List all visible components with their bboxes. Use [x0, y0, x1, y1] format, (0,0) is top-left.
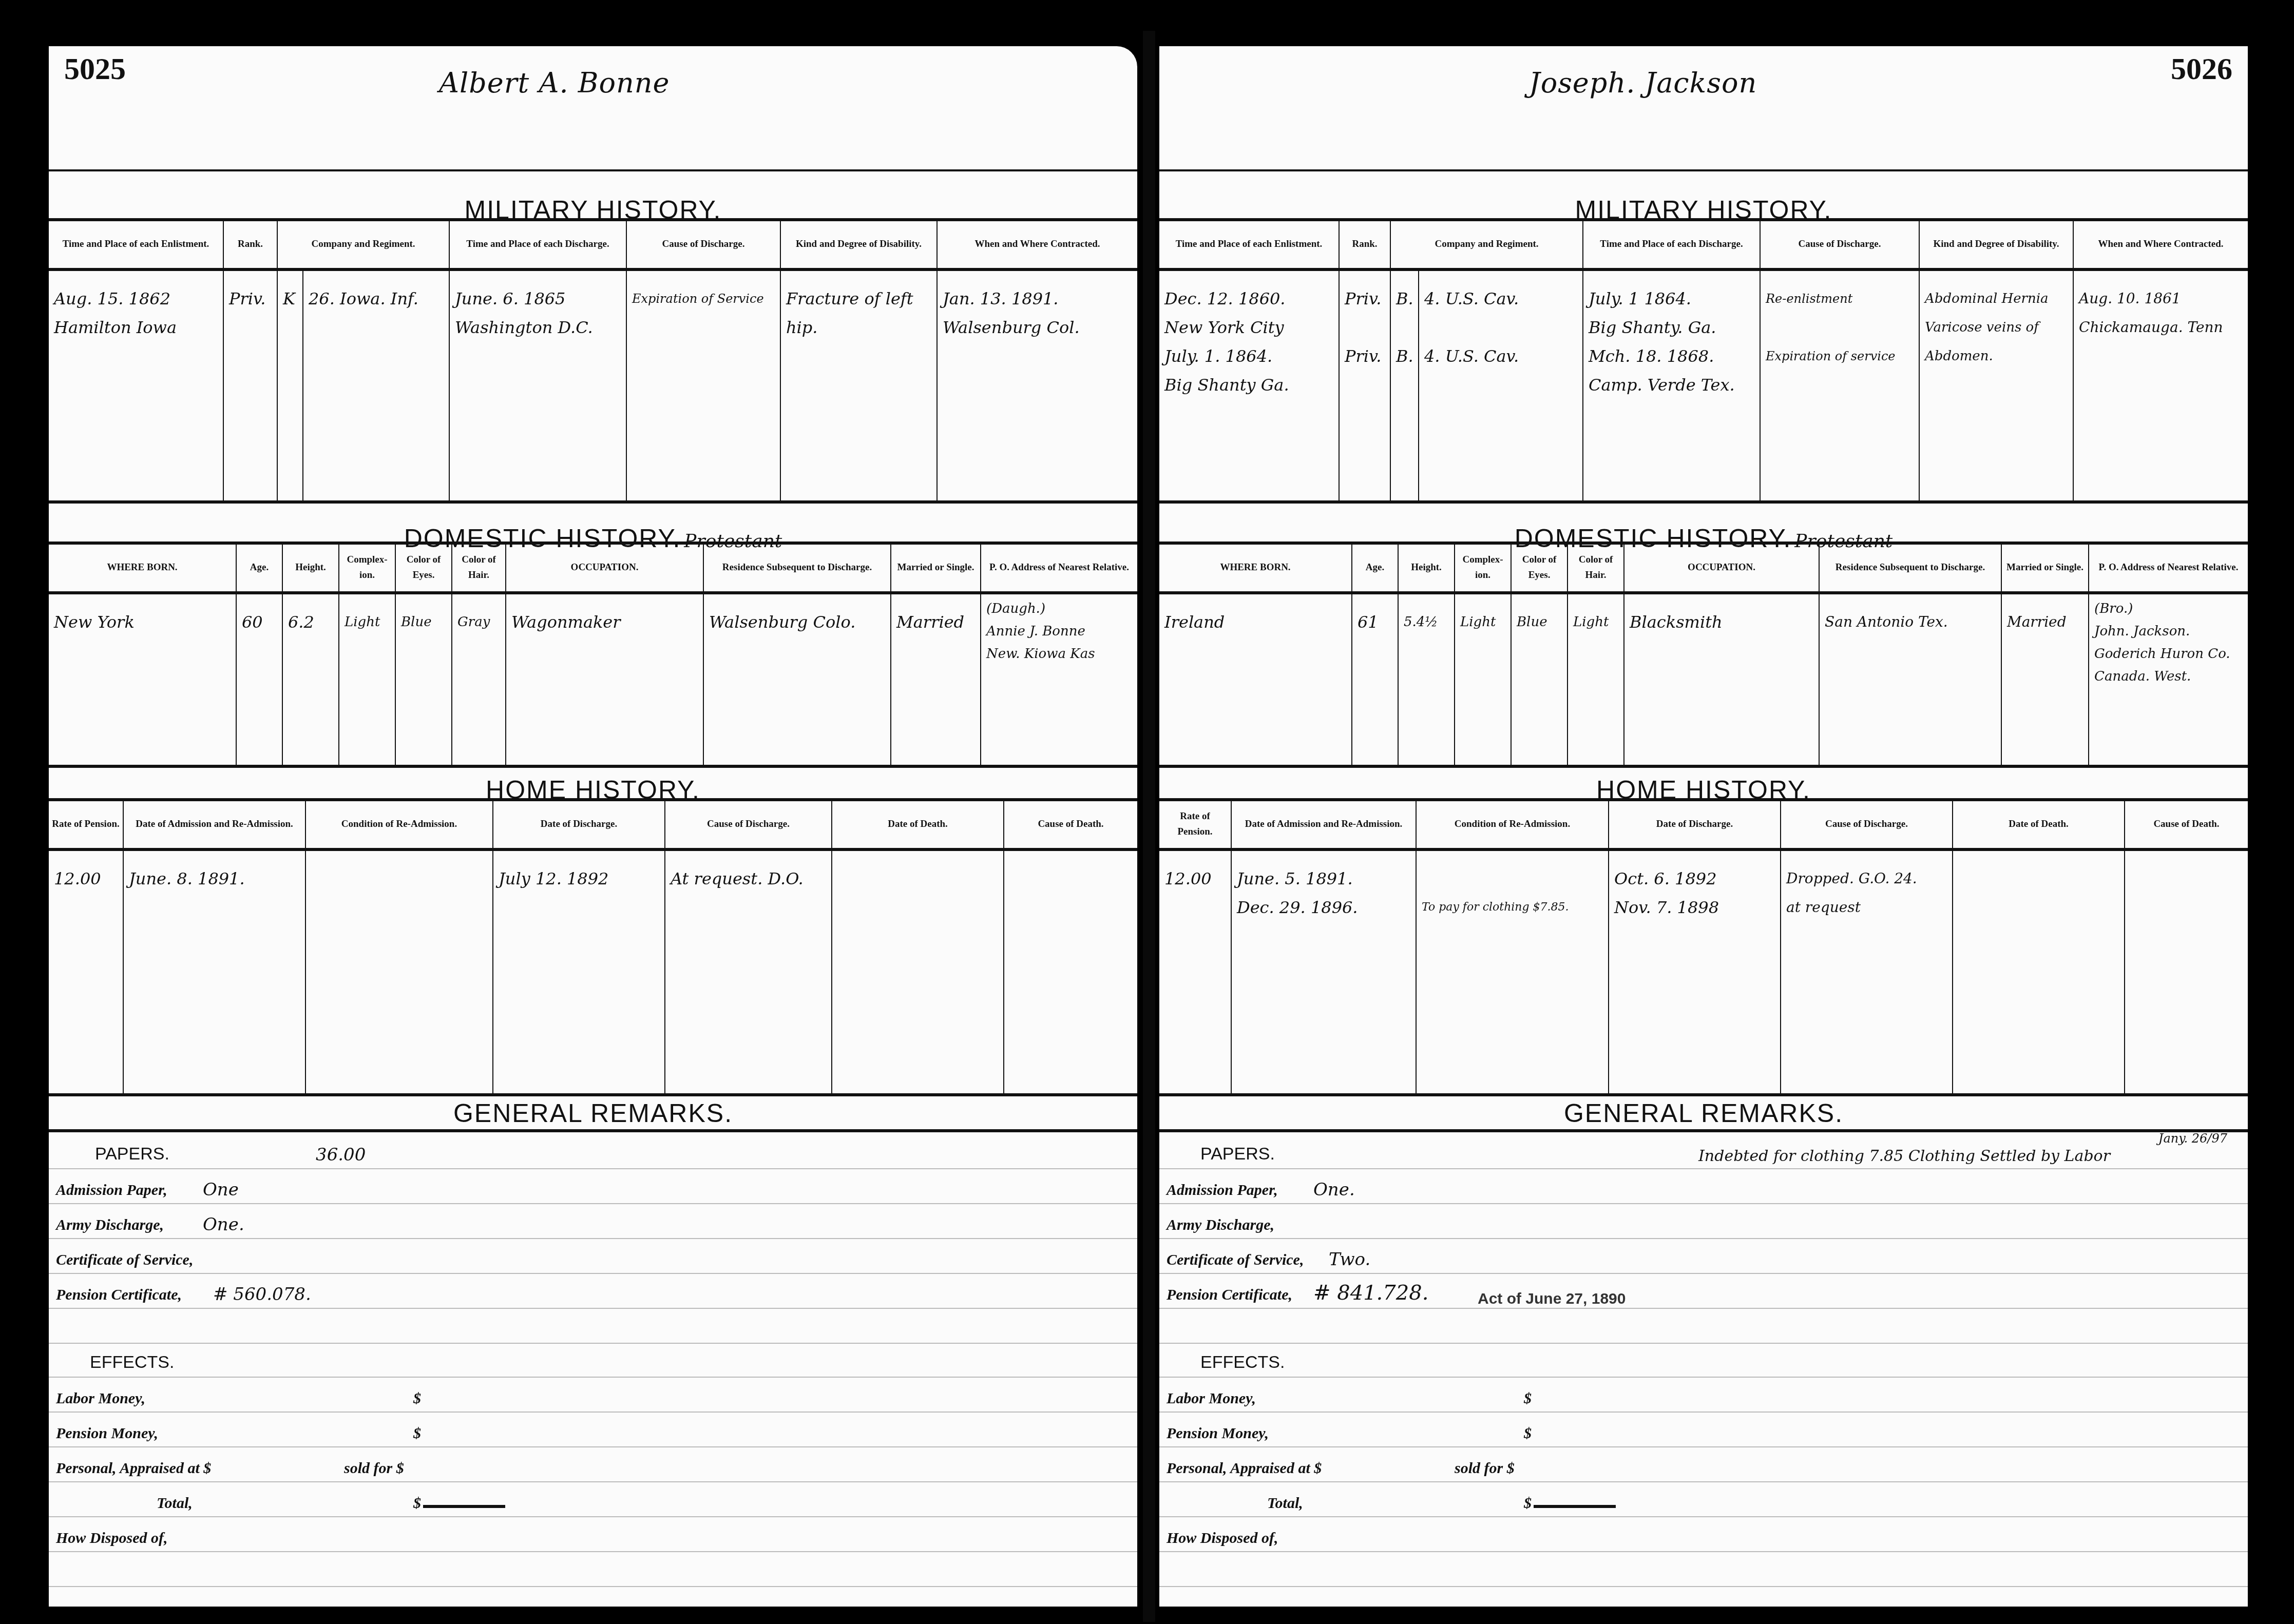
- col-header: Time and Place of each Enlistment.: [49, 221, 223, 269]
- certificate-of-service-value: Two.: [1329, 1249, 1370, 1270]
- col-header: Age.: [236, 544, 282, 593]
- pension-certificate-label: Pension Certificate,: [1167, 1286, 1292, 1304]
- col-header: Company and Regiment.: [277, 221, 449, 269]
- col-header: WHERE BORN.: [49, 544, 236, 593]
- discharge-cell: July. 1 1864. Big Shanty. Ga. Mch. 18. 1…: [1583, 269, 1760, 500]
- effects-line: EFFECTS.: [1159, 1344, 2248, 1378]
- col-header: Kind and Degree of Disability.: [780, 221, 937, 269]
- col-header: Cause of Discharge.: [1781, 801, 1953, 849]
- birthplace-cell: New York: [49, 593, 236, 765]
- col-header: Residence Subsequent to Discharge.: [703, 544, 891, 593]
- certificate-of-service-label: Certificate of Service,: [56, 1251, 193, 1269]
- general-remarks-title: GENERAL REMARKS.: [49, 1098, 1137, 1128]
- contracted-cell: Aug. 10. 1861 Chickamauga. Tenn: [2073, 269, 2248, 500]
- col-header: P. O. Address of Nearest Relative.: [2089, 544, 2248, 593]
- how-disposed-label: How Disposed of,: [1167, 1530, 1278, 1547]
- effects-line: EFFECTS.: [49, 1344, 1137, 1378]
- how-disposed-label: How Disposed of,: [56, 1530, 168, 1547]
- complexion-cell: Light: [339, 593, 395, 765]
- pension-certificate-line: Pension Certificate, # 841.728. Act of J…: [1159, 1274, 2248, 1309]
- residence-cell: San Antonio Tex.: [1819, 593, 2001, 765]
- page-number: 5025: [64, 51, 126, 87]
- army-discharge-line: Army Discharge,: [1159, 1204, 2248, 1239]
- page-number: 5026: [2171, 51, 2232, 87]
- col-header: Kind and Degree of Disability.: [1919, 221, 2073, 269]
- papers-label: PAPERS.: [95, 1144, 169, 1164]
- occupation-cell: Blacksmith: [1624, 593, 1819, 765]
- admission-date-cell: June. 5. 1891. Dec. 29. 1896.: [1231, 849, 1416, 1093]
- certificate-of-service-line: Certificate of Service, Two.: [1159, 1239, 2248, 1274]
- remark-text: Indebted for clothing 7.85 Clothing Sett…: [1698, 1147, 2110, 1165]
- disability-cell: Abdominal Hernia Varicose veins of Abdom…: [1919, 269, 2073, 500]
- total-line: Total, $: [49, 1482, 1137, 1517]
- pension-money-line: Pension Money, $: [49, 1413, 1137, 1447]
- dollar-sign: $: [413, 1495, 421, 1512]
- personal-effects-line: Personal, Appraised at $ sold for $: [49, 1447, 1137, 1482]
- labor-money-line: Labor Money, $: [1159, 1378, 2248, 1413]
- death-cause-cell: [2125, 849, 2248, 1093]
- total-underline: [1534, 1505, 1616, 1508]
- member-name: Albert A. Bonne: [439, 67, 670, 99]
- discharge-cause-cell: Re-enlistment Expiration of service: [1760, 269, 1919, 500]
- discharge-cause-cell: Expiration of Service: [626, 269, 780, 500]
- col-header: Rate of Pension.: [1159, 801, 1231, 849]
- general-remarks: PAPERS. Indebted for clothing 7.85 Cloth…: [1159, 1132, 2248, 1587]
- army-discharge-label: Army Discharge,: [56, 1216, 164, 1234]
- rank-cell: Priv.: [223, 269, 277, 500]
- col-header: Cause of Discharge.: [626, 221, 780, 269]
- discharge-cause-cell: At request. D.O.: [665, 849, 832, 1093]
- col-header: Color of Eyes.: [1511, 544, 1567, 593]
- col-header: Time and Place of each Enlistment.: [1159, 221, 1339, 269]
- header-rule: [1159, 169, 2248, 171]
- table-row: New York 60 6.2 Light Blue Gray Wagonmak…: [49, 593, 1137, 765]
- height-cell: 5.4½: [1398, 593, 1455, 765]
- col-header: OCCUPATION.: [1624, 544, 1819, 593]
- military-history-table: Time and Place of each Enlistment. Rank.…: [1159, 221, 2248, 500]
- col-header: Married or Single.: [891, 544, 981, 593]
- col-header: Date of Death.: [1953, 801, 2125, 849]
- left-page: 5025 Albert A. Bonne MILITARY HISTORY. T…: [49, 46, 1137, 1607]
- col-header: Residence Subsequent to Discharge.: [1819, 544, 2001, 593]
- labor-money-label: Labor Money,: [1167, 1390, 1256, 1407]
- admission-paper-line: Admission Paper, One.: [1159, 1169, 2248, 1204]
- rule: [1159, 500, 2248, 504]
- papers-label: PAPERS.: [1200, 1144, 1275, 1164]
- birthplace-cell: Ireland: [1159, 593, 1352, 765]
- col-header: Age.: [1352, 544, 1398, 593]
- total-amount: $: [1524, 1495, 1616, 1512]
- col-header: OCCUPATION.: [506, 544, 703, 593]
- domestic-history-table: WHERE BORN. Age. Height. Complex-ion. Co…: [49, 544, 1137, 765]
- blank-line: [1159, 1309, 2248, 1344]
- col-header: Complex-ion.: [339, 544, 395, 593]
- effects-label: EFFECTS.: [1200, 1352, 1285, 1372]
- col-header: Color of Hair.: [1567, 544, 1624, 593]
- admission-date-cell: June. 8. 1891.: [123, 849, 305, 1093]
- pension-money-label: Pension Money,: [56, 1425, 158, 1442]
- col-header: Date of Admission and Re-Admission.: [1231, 801, 1416, 849]
- rank-cell: Priv. Priv.: [1339, 269, 1390, 500]
- labor-money-line: Labor Money, $: [49, 1378, 1137, 1413]
- admission-paper-label: Admission Paper,: [56, 1182, 167, 1199]
- pension-certificate-label: Pension Certificate,: [56, 1286, 182, 1304]
- total-amount: $: [413, 1495, 505, 1512]
- table-row: 12.00 June. 8. 1891. July 12. 1892 At re…: [49, 849, 1137, 1093]
- table-row: Aug. 15. 1862 Hamilton Iowa Priv. K 26. …: [49, 269, 1137, 500]
- dollar-sign: $: [1524, 1390, 1532, 1407]
- col-header: Color of Eyes.: [395, 544, 452, 593]
- admission-paper-value: One: [203, 1180, 239, 1200]
- blank-line: [1159, 1552, 2248, 1587]
- papers-note: 36.00: [316, 1145, 366, 1165]
- total-line: Total, $: [1159, 1482, 2248, 1517]
- general-remarks: PAPERS. 36.00 Admission Paper, One Army …: [49, 1132, 1137, 1587]
- col-header: Married or Single.: [2001, 544, 2089, 593]
- total-underline: [423, 1505, 505, 1508]
- home-history-table: Rate of Pension. Date of Admission and R…: [49, 801, 1137, 1093]
- disability-cell: Fracture of left hip.: [780, 269, 937, 500]
- personal-appraised-label: Personal, Appraised at $: [1167, 1460, 1322, 1477]
- enlistment-cell: Aug. 15. 1862 Hamilton Iowa: [49, 269, 223, 500]
- col-header: Time and Place of each Discharge.: [1583, 221, 1760, 269]
- pension-certificate-value: # 560.078.: [213, 1284, 311, 1305]
- certificate-of-service-line: Certificate of Service,: [49, 1239, 1137, 1274]
- labor-money-label: Labor Money,: [56, 1390, 145, 1407]
- age-cell: 60: [236, 593, 282, 765]
- dollar-sign: $: [1524, 1425, 1532, 1442]
- pension-rate-cell: 12.00: [49, 849, 123, 1093]
- col-header: Cause of Death.: [2125, 801, 2248, 849]
- rule: [49, 1093, 1137, 1096]
- death-date-cell: [1953, 849, 2125, 1093]
- home-history-table: Rate of Pension. Date of Admission and R…: [1159, 801, 2248, 1093]
- pension-certificate-value: # 841.728.: [1313, 1281, 1428, 1305]
- admission-paper-line: Admission Paper, One: [49, 1169, 1137, 1204]
- age-cell: 61: [1352, 593, 1398, 765]
- how-disposed-line: How Disposed of,: [49, 1517, 1137, 1552]
- col-header: Height.: [1398, 544, 1455, 593]
- discharge-date-cell: Oct. 6. 1892 Nov. 7. 1898: [1609, 849, 1781, 1093]
- col-header: Date of Discharge.: [493, 801, 665, 849]
- height-cell: 6.2: [282, 593, 339, 765]
- col-header: Complex-ion.: [1455, 544, 1511, 593]
- right-page: 5026 Joseph. Jackson MILITARY HISTORY. T…: [1159, 46, 2248, 1607]
- table-row: 12.00 June. 5. 1891. Dec. 29. 1896. To p…: [1159, 849, 2248, 1093]
- hair-color-cell: Gray: [452, 593, 506, 765]
- col-header: Cause of Discharge.: [1760, 221, 1919, 269]
- army-discharge-value: One.: [203, 1214, 244, 1235]
- personal-effects-line: Personal, Appraised at $ sold for $: [1159, 1447, 2248, 1482]
- death-date-cell: [832, 849, 1004, 1093]
- nearest-relative-cell: (Bro.) John. Jackson. Goderich Huron Co.…: [2089, 593, 2248, 765]
- marital-status-cell: Married: [2001, 593, 2089, 765]
- pension-money-line: Pension Money, $: [1159, 1413, 2248, 1447]
- marital-status-cell: Married: [891, 593, 981, 765]
- army-discharge-label: Army Discharge,: [1167, 1216, 1274, 1234]
- header-rule: [49, 169, 1137, 171]
- company-cell: B. B.: [1390, 269, 1419, 500]
- enlistment-cell: Dec. 12. 1860. New York City July. 1. 18…: [1159, 269, 1339, 500]
- company-cell: K: [277, 269, 303, 500]
- total-label: Total,: [157, 1495, 193, 1512]
- col-header: Company and Regiment.: [1390, 221, 1583, 269]
- complexion-cell: Light: [1455, 593, 1511, 765]
- col-header: Condition of Re-Admission.: [305, 801, 493, 849]
- col-header: Rate of Pension.: [49, 801, 123, 849]
- regiment-cell: 4. U.S. Cav. 4. U.S. Cav.: [1419, 269, 1583, 500]
- col-header: Time and Place of each Discharge.: [449, 221, 626, 269]
- pension-rate-cell: 12.00: [1159, 849, 1231, 1093]
- army-discharge-line: Army Discharge, One.: [49, 1204, 1137, 1239]
- readmission-condition-cell: [305, 849, 493, 1093]
- table-row: Ireland 61 5.4½ Light Blue Light Blacksm…: [1159, 593, 2248, 765]
- readmission-condition-cell: To pay for clothing $7.85.: [1416, 849, 1609, 1093]
- col-header: Cause of Death.: [1004, 801, 1137, 849]
- certificate-of-service-label: Certificate of Service,: [1167, 1251, 1304, 1269]
- discharge-cause-cell: Dropped. G.O. 24. at request: [1781, 849, 1953, 1093]
- personal-appraised-label: Personal, Appraised at $: [56, 1460, 211, 1477]
- col-header: P. O. Address of Nearest Relative.: [981, 544, 1137, 593]
- dollar-sign: $: [1524, 1495, 1532, 1512]
- sold-for-label: sold for $: [344, 1460, 404, 1477]
- admission-paper-value: One.: [1313, 1180, 1355, 1200]
- member-name: Joseph. Jackson: [1529, 67, 1757, 99]
- col-header: When and Where Contracted.: [937, 221, 1137, 269]
- col-header: When and Where Contracted.: [2073, 221, 2248, 269]
- col-header: WHERE BORN.: [1159, 544, 1352, 593]
- sold-for-label: sold for $: [1455, 1460, 1515, 1477]
- rule: [49, 765, 1137, 768]
- contracted-cell: Jan. 13. 1891. Walsenburg Col.: [937, 269, 1137, 500]
- col-header: Date of Death.: [832, 801, 1004, 849]
- residence-cell: Walsenburg Colo.: [703, 593, 891, 765]
- pension-money-label: Pension Money,: [1167, 1425, 1269, 1442]
- col-header: Date of Discharge.: [1609, 801, 1781, 849]
- total-label: Total,: [1267, 1495, 1303, 1512]
- discharge-date-cell: July 12. 1892: [493, 849, 665, 1093]
- regiment-cell: 26. Iowa. Inf.: [303, 269, 449, 500]
- domestic-history-table: WHERE BORN. Age. Height. Complex-ion. Co…: [1159, 544, 2248, 765]
- rule: [1159, 765, 2248, 768]
- rule: [1159, 1093, 2248, 1096]
- col-header: Color of Hair.: [452, 544, 506, 593]
- papers-line: PAPERS. 36.00: [49, 1132, 1137, 1169]
- discharge-cell: June. 6. 1865 Washington D.C.: [449, 269, 626, 500]
- col-header: Date of Admission and Re-Admission.: [123, 801, 305, 849]
- eye-color-cell: Blue: [1511, 593, 1567, 765]
- col-header: Height.: [282, 544, 339, 593]
- general-remarks-title: GENERAL REMARKS.: [1159, 1098, 2248, 1128]
- dollar-sign: $: [413, 1390, 421, 1407]
- blank-line: [49, 1552, 1137, 1587]
- col-header: Rank.: [1339, 221, 1390, 269]
- rule: [49, 500, 1137, 504]
- col-header: Rank.: [223, 221, 277, 269]
- death-cause-cell: [1004, 849, 1137, 1093]
- col-header: Condition of Re-Admission.: [1416, 801, 1609, 849]
- table-row: Dec. 12. 1860. New York City July. 1. 18…: [1159, 269, 2248, 500]
- papers-line: PAPERS. Indebted for clothing 7.85 Cloth…: [1159, 1132, 2248, 1169]
- hair-color-cell: Light: [1567, 593, 1624, 765]
- pension-act-stamp: Act of June 27, 1890: [1478, 1290, 1626, 1308]
- occupation-cell: Wagonmaker: [506, 593, 703, 765]
- how-disposed-line: How Disposed of,: [1159, 1517, 2248, 1552]
- book-spine: [1143, 31, 1155, 1622]
- nearest-relative-cell: (Daugh.) Annie J. Bonne New. Kiowa Kas: [981, 593, 1137, 765]
- dollar-sign: $: [413, 1425, 421, 1442]
- eye-color-cell: Blue: [395, 593, 452, 765]
- blank-line: [49, 1309, 1137, 1344]
- admission-paper-label: Admission Paper,: [1167, 1182, 1278, 1199]
- pension-certificate-line: Pension Certificate, # 560.078.: [49, 1274, 1137, 1309]
- col-header: Cause of Discharge.: [665, 801, 832, 849]
- military-history-table: Time and Place of each Enlistment. Rank.…: [49, 221, 1137, 500]
- effects-label: EFFECTS.: [90, 1352, 174, 1372]
